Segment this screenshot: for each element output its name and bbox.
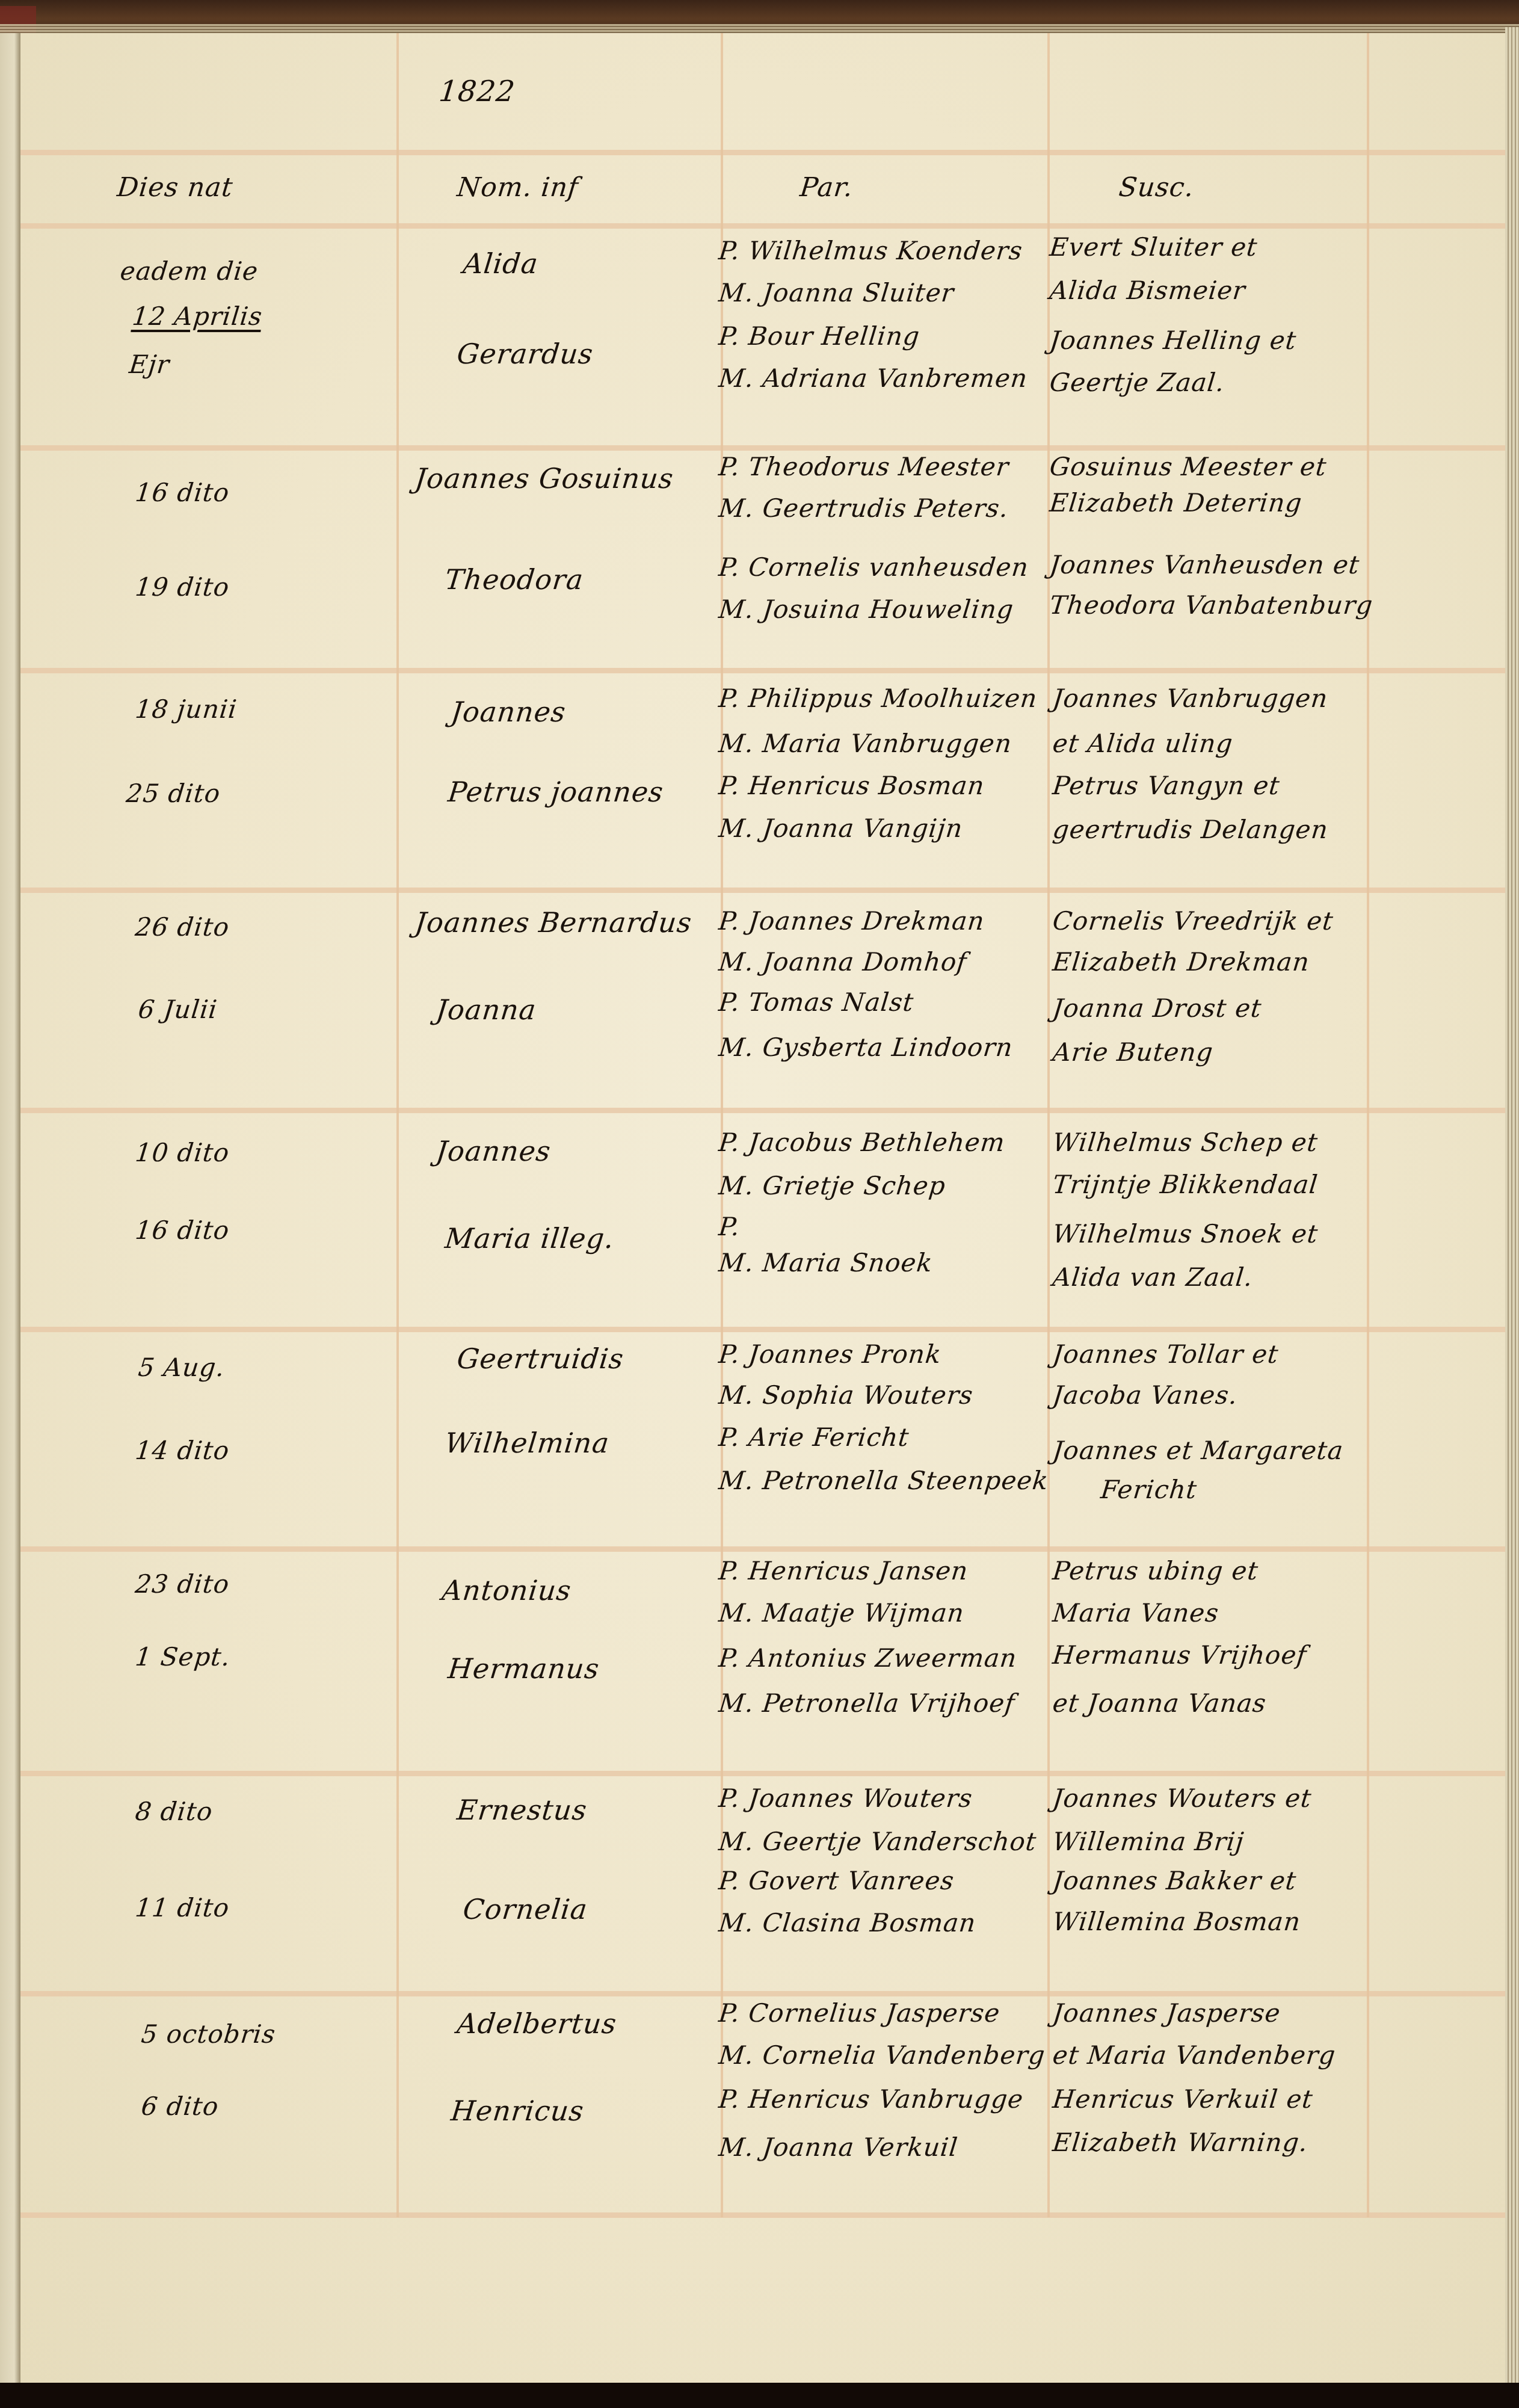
entry-date: 11 dito — [134, 1895, 231, 1921]
sponsor-line: Wilhelmus Schep et — [1052, 1130, 1319, 1155]
entry-date: 26 dito — [134, 915, 231, 940]
sponsor-line: Alida van Zaal. — [1052, 1265, 1254, 1290]
child-name: Geertruidis — [456, 1345, 626, 1372]
parent-line: P. Bour Helling — [718, 324, 921, 349]
column-line — [1367, 33, 1369, 2217]
sponsor-line: Joannes Helling et — [1049, 328, 1298, 353]
parent-line: M. Petronella Vrijhoef — [718, 1691, 1016, 1716]
parent-line: P. Cornelis vanheusden — [718, 555, 1030, 580]
parent-line: M. Grietje Schep — [718, 1173, 947, 1199]
entry-date: 25 dito — [125, 781, 222, 806]
header-sponsors: Susc. — [1118, 174, 1195, 201]
parent-line: M. Sophia Wouters — [718, 1383, 975, 1408]
column-line — [396, 33, 399, 2217]
entry-date: 1 Sept. — [134, 1644, 232, 1670]
sponsor-line: Evert Sluiter et — [1049, 235, 1259, 260]
sponsor-line: Gosuinus Meester et — [1049, 454, 1328, 480]
entry-date: 12 Aprilis — [131, 304, 263, 329]
parent-line: M. Cornelia Vandenberg — [718, 2043, 1047, 2068]
gutter-strip — [0, 33, 20, 2383]
parent-line: M. Geertrudis Peters. — [718, 496, 1010, 521]
register-year: 1822 — [437, 77, 516, 106]
sponsor-line: et Maria Vandenberg — [1052, 2043, 1337, 2068]
rule-line — [20, 888, 1505, 893]
parent-line: P. Arie Fericht — [718, 1425, 911, 1450]
child-name: Theodora — [444, 566, 585, 593]
parent-line: P. Joannes Drekman — [718, 909, 986, 934]
parent-line: P. Govert Vanrees — [718, 1868, 956, 1894]
child-name: Joannes Bernardus — [414, 909, 694, 936]
child-name: Wilhelmina — [444, 1429, 611, 1457]
sponsor-line: Petrus ubing et — [1052, 1558, 1260, 1584]
child-name: Ernestus — [456, 1796, 589, 1824]
entry-date: 6 dito — [140, 2094, 220, 2119]
parent-line: P. Theodorus Meester — [718, 454, 1010, 480]
child-name: Antonius — [441, 1576, 573, 1604]
child-name: Cornelia — [462, 1895, 589, 1923]
rule-line — [20, 1991, 1505, 1996]
parent-line: M. Josuina Houweling — [718, 597, 1015, 622]
entry-date: 23 dito — [134, 1572, 231, 1597]
sponsor-line: Henricus Verkuil et — [1052, 2087, 1314, 2112]
sponsor-line: geertrudis Delangen — [1052, 817, 1330, 842]
sponsor-line: Alida Bismeier — [1049, 278, 1247, 303]
parent-line: P. Jacobus Bethlehem — [718, 1130, 1006, 1155]
parent-line: P. Philippus Moolhuizen — [718, 686, 1039, 711]
parent-line: M. Gysberta Lindoorn — [718, 1035, 1014, 1060]
parent-line: P. Tomas Nalst — [718, 990, 915, 1015]
rule-line — [20, 150, 1505, 155]
sponsor-line: Joannes Tollar et — [1052, 1342, 1280, 1367]
rule-line — [20, 445, 1505, 451]
parent-line: M. Joanna Sluiter — [718, 280, 955, 306]
entry-date: 8 dito — [134, 1799, 214, 1824]
sponsor-line: Joannes et Margareta — [1052, 1438, 1345, 1463]
child-name: Joannes Gosuinus — [414, 465, 675, 492]
parent-line: M. Joanna Verkuil — [718, 2135, 960, 2160]
parent-line: P. Joannes Pronk — [718, 1342, 943, 1367]
sponsor-line: Joanna Drost et — [1052, 996, 1263, 1021]
rule-line — [20, 223, 1505, 229]
parent-line: P. Henricus Jansen — [718, 1558, 970, 1584]
parent-line: P. Henricus Vanbrugge — [718, 2087, 1025, 2112]
parent-line: M. Joanna Vangijn — [718, 816, 964, 841]
entry-date: Ejr — [128, 352, 171, 377]
parent-line: P. Henricus Bosman — [718, 773, 986, 798]
entry-date: 5 Aug. — [137, 1355, 226, 1380]
sponsor-line: Willemina Bosman — [1052, 1909, 1302, 1934]
sponsor-line: Geertje Zaal. — [1049, 370, 1226, 395]
rule-line — [20, 1327, 1505, 1332]
sponsor-line: Elizabeth Detering — [1049, 490, 1304, 516]
sponsor-line: Joannes Vanheusden et — [1049, 552, 1361, 578]
sponsor-line: Joannes Wouters et — [1052, 1786, 1313, 1811]
parent-line: P. Joannes Wouters — [718, 1786, 974, 1811]
child-name: Joannes — [435, 1137, 552, 1165]
entry-date: 14 dito — [134, 1438, 231, 1463]
child-name: Adelbertus — [456, 2010, 618, 2037]
child-name: Petrus joannes — [447, 778, 665, 806]
child-name: Gerardus — [456, 340, 595, 368]
entry-date: 6 Julii — [137, 997, 219, 1022]
parent-line: M. Joanna Domhof — [718, 949, 968, 975]
parent-line: P. — [718, 1214, 742, 1240]
sponsor-line: Joannes Bakker et — [1052, 1868, 1298, 1894]
parent-line: M. Maatje Wijman — [718, 1601, 966, 1626]
entry-date: 19 dito — [134, 575, 231, 600]
sponsor-line: Cornelis Vreedrijk et — [1052, 909, 1335, 934]
header-child-name: Nom. inf — [456, 174, 580, 201]
sponsor-line: Arie Buteng — [1052, 1040, 1215, 1065]
parent-line: M. Clasina Bosman — [718, 1910, 978, 1936]
parent-line: M. Maria Vanbruggen — [718, 731, 1013, 756]
sponsor-line: Theodora Vanbatenburg — [1049, 593, 1374, 618]
column-line — [1047, 33, 1050, 2217]
parent-line: M. Petronella Steenpeek — [718, 1468, 1050, 1493]
parent-line: P. Cornelius Jasperse — [718, 2001, 1002, 2026]
sponsor-line: et Alida uling — [1052, 731, 1234, 756]
sponsor-line: Joannes Vanbruggen — [1052, 686, 1330, 711]
sponsor-line: Wilhelmus Snoek et — [1052, 1221, 1319, 1247]
sponsor-line: Elizabeth Drekman — [1052, 949, 1311, 975]
sponsor-line: Elizabeth Warning. — [1052, 2130, 1310, 2155]
parent-line: P. Antonius Zweerman — [718, 1646, 1018, 1671]
parent-line: M. Adriana Vanbremen — [718, 366, 1029, 391]
child-name: Hermanus — [447, 1655, 601, 1682]
sponsor-line: Maria Vanes — [1052, 1601, 1220, 1626]
page-edges-right — [1505, 27, 1519, 2383]
entry-date: 5 octobris — [140, 2022, 277, 2047]
child-name: Joanna — [435, 996, 538, 1023]
rule-line — [20, 1108, 1505, 1113]
entry-date: 10 dito — [134, 1140, 231, 1165]
sponsor-line: Petrus Vangyn et — [1052, 773, 1281, 798]
rule-line — [20, 1771, 1505, 1776]
parent-line: P. Wilhelmus Koenders — [718, 238, 1024, 264]
rule-line — [20, 1546, 1505, 1552]
rule-line — [20, 2212, 1505, 2218]
sponsor-line: Trijntje Blikkendaal — [1052, 1172, 1319, 1197]
entry-date: 18 junii — [134, 697, 238, 722]
parent-line: M. Maria Snoek — [718, 1250, 934, 1276]
header-parents: Par. — [799, 174, 855, 201]
header-date: Dies nat — [116, 174, 235, 201]
child-name: Henricus — [450, 2097, 586, 2125]
child-name: Maria illeg. — [444, 1224, 616, 1252]
sponsor-line: Hermanus Vrijhoef — [1052, 1643, 1308, 1668]
sponsor-line: Willemina Brij — [1052, 1829, 1245, 1854]
child-name: Alida — [462, 250, 540, 277]
rule-line — [20, 668, 1505, 673]
entry-date: 16 dito — [134, 1218, 231, 1243]
entry-date: eadem die — [119, 259, 259, 284]
book-binding-bottom — [0, 2383, 1519, 2408]
sponsor-line: Jacoba Vanes. — [1052, 1383, 1239, 1408]
sponsor-line: Joannes Jasperse — [1052, 2001, 1282, 2026]
child-name: Joannes — [450, 698, 567, 726]
parent-line: M. Geertje Vanderschot — [718, 1829, 1038, 1854]
entry-date: 16 dito — [134, 480, 231, 505]
sponsor-line: Fericht — [1100, 1477, 1198, 1502]
sponsor-line: et Joanna Vanas — [1052, 1691, 1268, 1716]
